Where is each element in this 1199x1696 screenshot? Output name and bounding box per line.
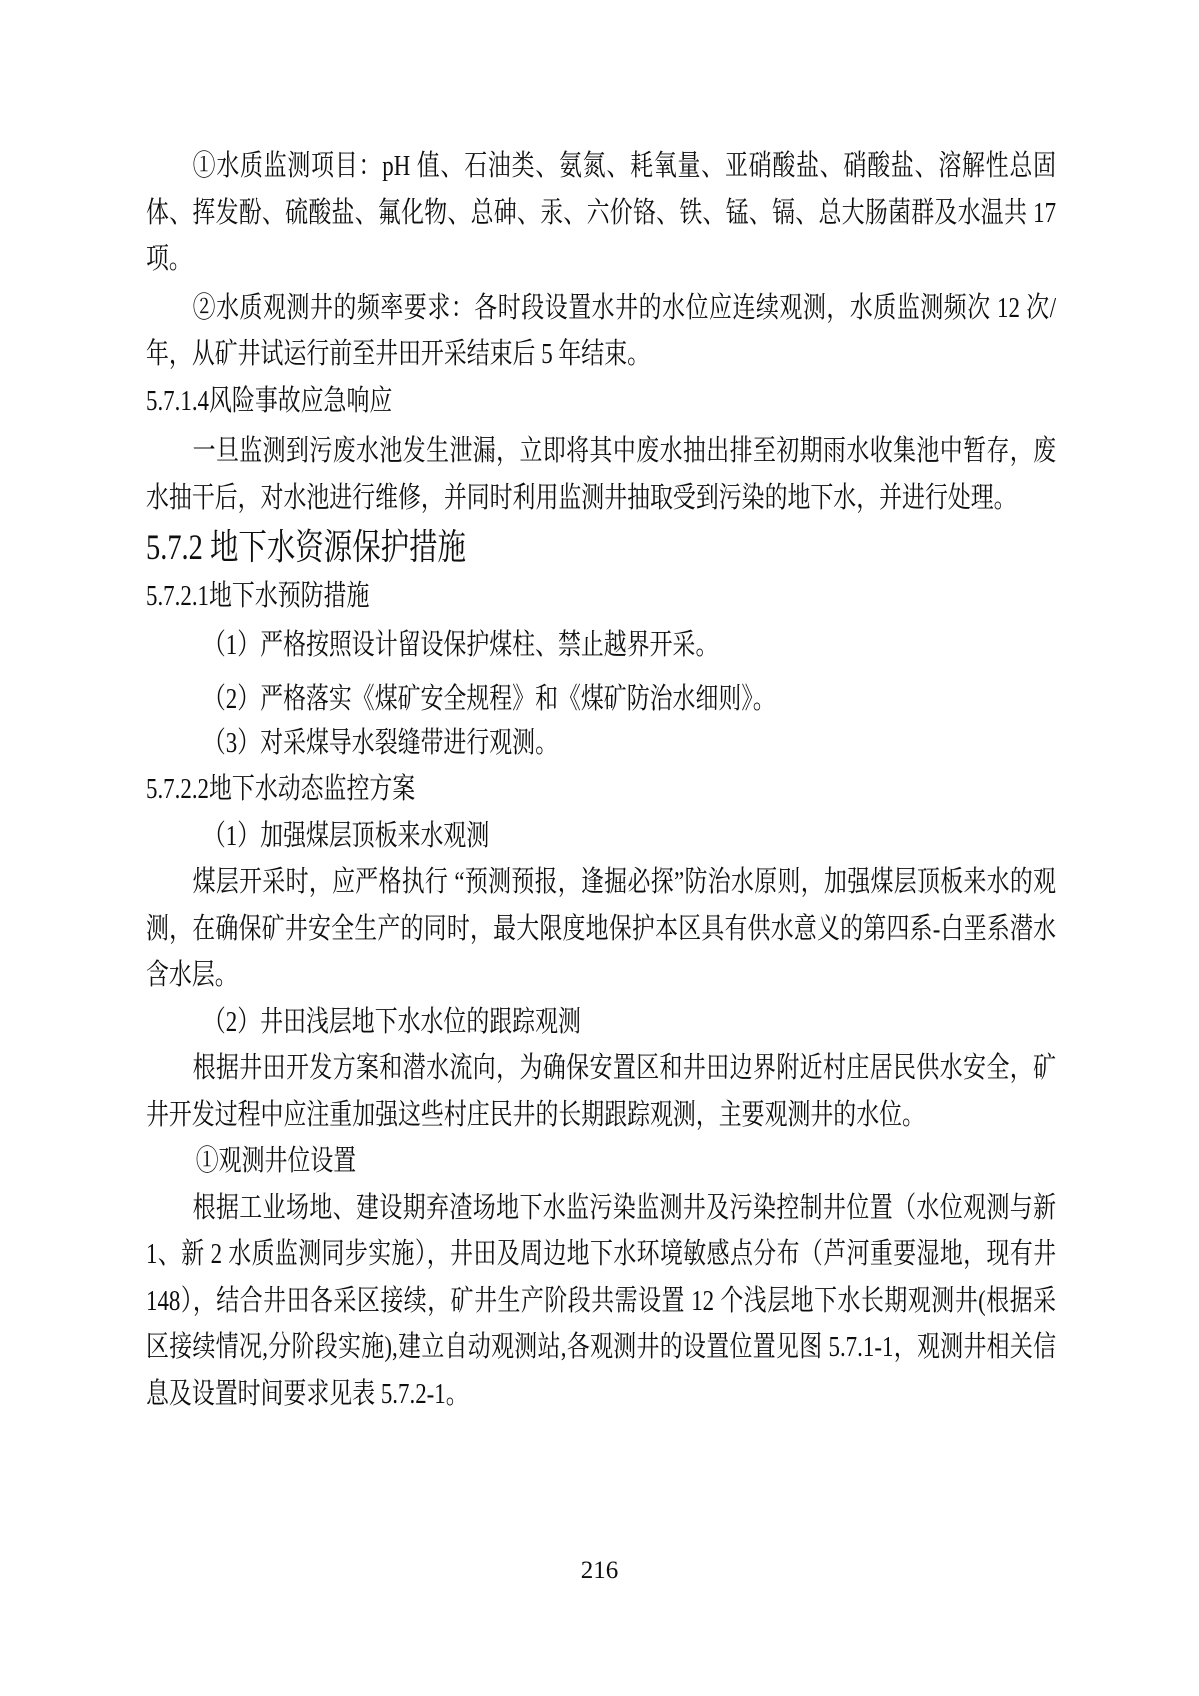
page-body: ①水质监测项目：pH 值、石油类、氨氮、耗氧量、亚硝酸盐、硝酸盐、溶解性总固体、… — [146, 143, 1056, 1417]
list-item-3: （3）对采煤导水裂缝带进行观测。 — [146, 720, 1056, 767]
subheading-observation-well-setup: ①观测井位设置 — [146, 1138, 1056, 1185]
paragraph-emergency-response: 一旦监测到污废水池发生泄漏，立即将其中废水抽出排至初期雨水收集池中暂存，废水抽干… — [146, 428, 1056, 521]
subheading-roof-water-observation: （1）加强煤层顶板来水观测 — [146, 813, 1056, 860]
list-item-1: （1）严格按照设计留设保护煤柱、禁止越界开采。 — [146, 622, 1056, 669]
paragraph-observation-well-setup: 根据工业场地、建设期弃渣场地下水监污染监测井及污染控制井位置（水位观测与新 1、… — [146, 1185, 1056, 1418]
subheading-water-level-tracking: （2）井田浅层地下水水位的跟踪观测 — [146, 999, 1056, 1046]
page-number: 216 — [0, 1556, 1199, 1585]
paragraph-water-quality-items: ①水质监测项目：pH 值、石油类、氨氮、耗氧量、亚硝酸盐、硝酸盐、溶解性总固体、… — [146, 143, 1056, 283]
list-item-2: （2）严格落实《煤矿安全规程》和《煤矿防治水细则》。 — [146, 676, 1056, 723]
heading-5-7-2-1-prevention-measures: 5.7.2.1地下水预防措施 — [146, 573, 1056, 620]
document-page: ①水质监测项目：pH 值、石油类、氨氮、耗氧量、亚硝酸盐、硝酸盐、溶解性总固体、… — [0, 0, 1199, 1696]
heading-5-7-2-groundwater-protection: 5.7.2 地下水资源保护措施 — [146, 521, 1056, 573]
paragraph-monitoring-frequency: ②水质观测井的频率要求：各时段设置水井的水位应连续观测，水质监测频次 12 次/… — [146, 285, 1056, 378]
heading-5-7-2-2-dynamic-monitoring-plan: 5.7.2.2地下水动态监控方案 — [146, 766, 1056, 813]
paragraph-roof-water-observation: 煤层开采时，应严格执行 “预测预报，逢掘必探”防治水原则，加强煤层顶板来水的观测… — [146, 859, 1056, 999]
paragraph-water-level-tracking: 根据井田开发方案和潜水流向，为确保安置区和井田边界附近村庄居民供水安全，矿井开发… — [146, 1045, 1056, 1138]
heading-5-7-1-4-risk-emergency-response: 5.7.1.4风险事故应急响应 — [146, 378, 1056, 425]
